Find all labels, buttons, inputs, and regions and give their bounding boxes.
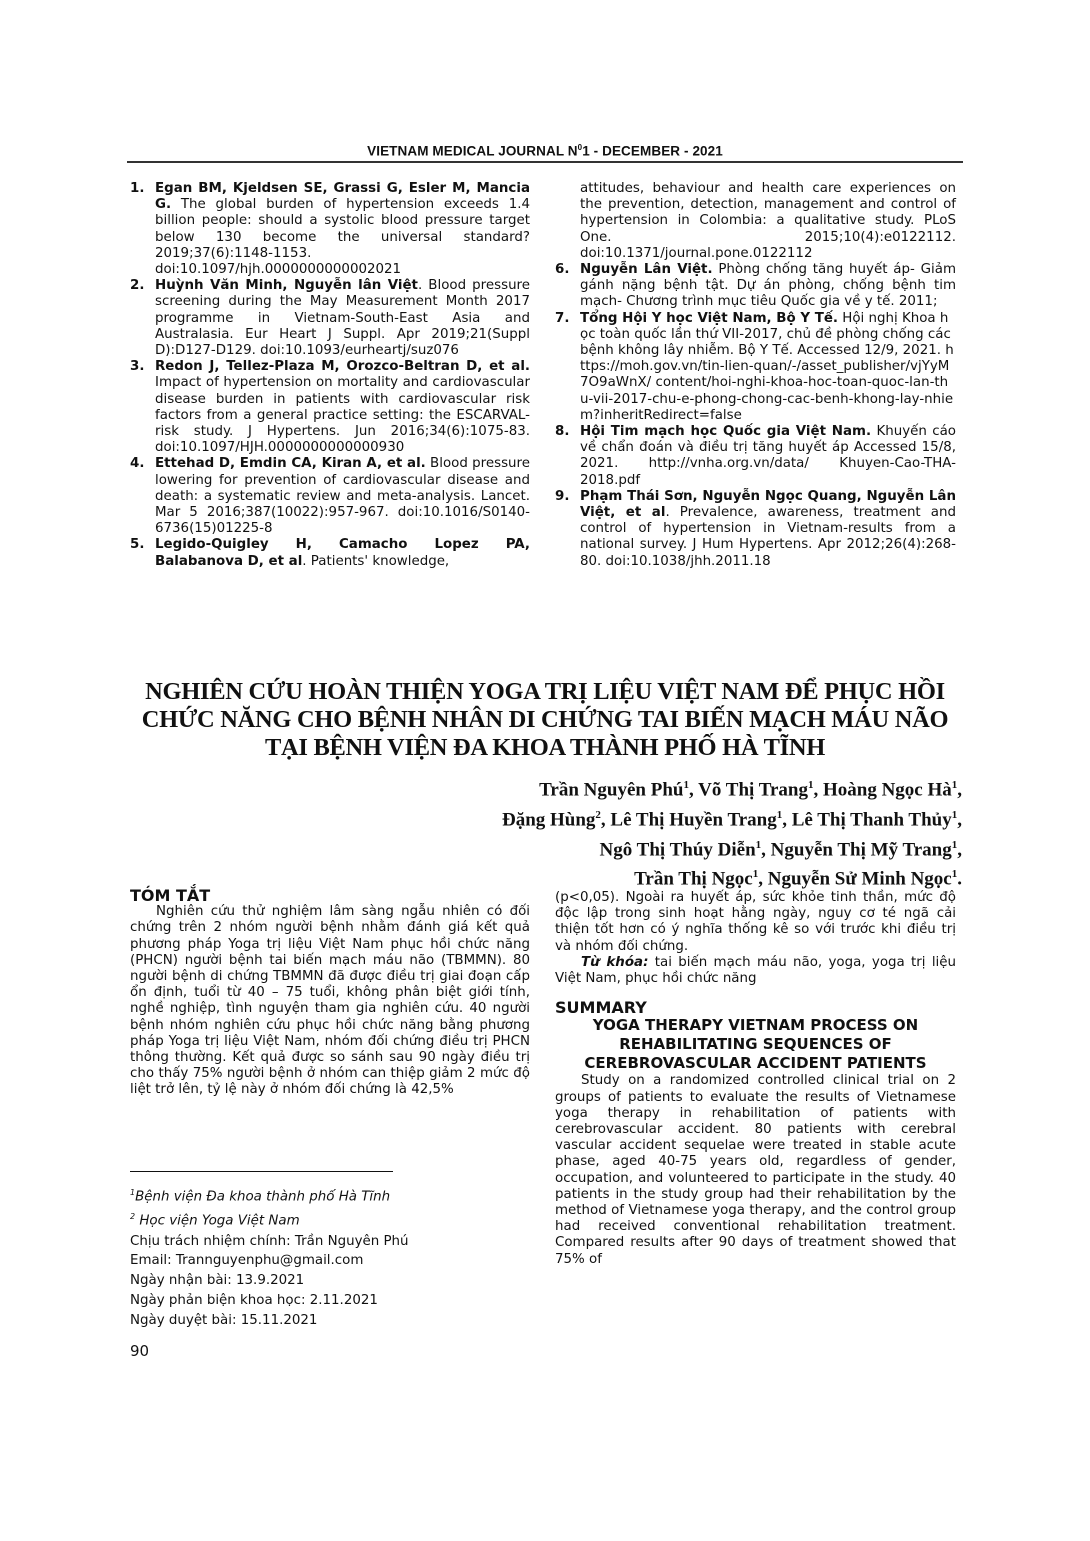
author-name: Lê Thị Thanh Thủy bbox=[792, 809, 952, 830]
reference-item: 6.Nguyễn Lân Việt. Phòng chống tăng huyế… bbox=[555, 262, 956, 311]
reference-text: The global burden of hypertension exceed… bbox=[155, 197, 530, 277]
affiliation-1: 1Bệnh viện Đa khoa thành phố Hà Tĩnh bbox=[130, 1183, 530, 1207]
abstract-body: Nghiên cứu thử nghiệm lâm sàng ngẫu nhiê… bbox=[130, 904, 530, 1098]
references-right-column: attitudes, behaviour and health care exp… bbox=[555, 181, 956, 570]
reference-item: 8.Hội Tim mạch học Quốc gia Việt Nam. Kh… bbox=[555, 424, 956, 489]
summary-body: Study on a randomized controlled clinica… bbox=[555, 1073, 956, 1267]
keywords-label: Từ khóa: bbox=[581, 955, 648, 970]
reference-authors: Nguyễn Lân Việt. bbox=[580, 262, 713, 277]
author-name: Hoàng Ngọc Hà bbox=[823, 779, 952, 800]
reference-item: 9.Phạm Thái Sơn, Nguyễn Ngọc Quang, Nguy… bbox=[555, 489, 956, 570]
title-line: CHỨC NĂNG CHO BỆNH NHÂN DI CHỨNG TAI BIẾ… bbox=[127, 706, 963, 734]
reference-text: Hội nghị Khoa học toàn quốc lần thứ VII-… bbox=[580, 311, 954, 423]
running-header: VIETNAM MEDICAL JOURNAL N01 - DECEMBER -… bbox=[127, 143, 963, 159]
reference-item: 1.Egan BM, Kjeldsen SE, Grassi G, Esler … bbox=[130, 181, 530, 278]
abstract-heading: TÓM TẮT bbox=[130, 888, 530, 904]
reference-authors: Hội Tim mạch học Quốc gia Việt Nam. bbox=[580, 424, 871, 439]
reference-item: 5.Legido-Quigley H, Camacho Lopez PA, Ba… bbox=[130, 537, 530, 569]
date-reviewed: Ngày phản biện khoa học: 2.11.2021 bbox=[130, 1291, 530, 1311]
reference-authors: Redon J, Tellez-Plaza M, Orozco-Beltran … bbox=[155, 359, 530, 374]
reference-item: 3.Redon J, Tellez-Plaza M, Orozco-Beltra… bbox=[130, 359, 530, 456]
article-title: NGHIÊN CỨU HOÀN THIỆN YOGA TRỊ LIỆU VIỆT… bbox=[127, 678, 963, 762]
author-name: Ngô Thị Thúy Diễn bbox=[600, 839, 756, 860]
abstract-continuation: (p<0,05). Ngoài ra huyết áp, sức khỏe ti… bbox=[555, 890, 956, 955]
author-list: Trần Nguyên Phú1, Võ Thị Trang1, Hoàng N… bbox=[362, 773, 962, 892]
author-name: Nguyễn Sử Minh Ngọc bbox=[768, 869, 952, 890]
reference-authors: Tổng Hội Y học Việt Nam, Bộ Y Tế. bbox=[580, 311, 838, 326]
reference-text: . Patients' knowledge, bbox=[302, 554, 449, 569]
keywords: Từ khóa: tai biến mạch máu não, yoga, yo… bbox=[555, 955, 956, 987]
date-received: Ngày nhận bài: 13.9.2021 bbox=[130, 1271, 530, 1291]
affiliation-2: 2 Học viện Yoga Việt Nam bbox=[130, 1207, 530, 1231]
reference-authors: Huỳnh Văn Minh, Nguyễn lân Việt bbox=[155, 278, 418, 293]
author-name: Nguyễn Thị Mỹ Trang bbox=[771, 839, 952, 860]
reference-item: 7.Tổng Hội Y học Việt Nam, Bộ Y Tế. Hội … bbox=[555, 311, 956, 424]
reference-item: 2.Huỳnh Văn Minh, Nguyễn lân Việt. Blood… bbox=[130, 278, 530, 359]
author-name: Trần Thị Ngọc bbox=[634, 869, 753, 890]
reference-text: attitudes, behaviour and health care exp… bbox=[580, 181, 956, 261]
summary-title: YOGA THERAPY VIETNAM PROCESS ON REHABILI… bbox=[555, 1016, 956, 1073]
summary-heading: SUMMARY bbox=[555, 1000, 956, 1016]
header-rule bbox=[127, 161, 963, 163]
abstract-right-column: (p<0,05). Ngoài ra huyết áp, sức khỏe ti… bbox=[555, 890, 956, 1268]
reference-item: 4.Ettehad D, Emdin CA, Kiran A, et al. B… bbox=[130, 456, 530, 537]
page-number: 90 bbox=[130, 1342, 149, 1360]
corresponding-author: Chịu trách nhiệm chính: Trần Nguyên Phú bbox=[130, 1232, 530, 1252]
reference-text: Impact of hypertension on mortality and … bbox=[155, 375, 530, 455]
author-name: Đặng Hùng bbox=[502, 809, 595, 830]
email: Email: Trannguyenphu@gmail.com bbox=[130, 1251, 530, 1271]
references-left-column: 1.Egan BM, Kjeldsen SE, Grassi G, Esler … bbox=[130, 181, 530, 570]
issue-date: 1 - DECEMBER - 2021 bbox=[582, 144, 723, 159]
footnotes: 1Bệnh viện Đa khoa thành phố Hà Tĩnh 2 H… bbox=[130, 1183, 530, 1331]
title-line: NGHIÊN CỨU HOÀN THIỆN YOGA TRỊ LIỆU VIỆT… bbox=[127, 678, 963, 706]
title-line: TẠI BỆNH VIỆN ĐA KHOA THÀNH PHỐ HÀ TĨNH bbox=[127, 734, 963, 762]
author-name: Lê Thị Huyền Trang bbox=[610, 809, 776, 830]
abstract-vi-left: TÓM TẮT Nghiên cứu thử nghiệm lâm sàng n… bbox=[130, 888, 530, 1099]
footnote-rule bbox=[130, 1171, 393, 1172]
reference-continuation: attitudes, behaviour and health care exp… bbox=[555, 181, 956, 262]
reference-authors: Ettehad D, Emdin CA, Kiran A, et al. bbox=[155, 456, 426, 471]
author-name: Trần Nguyên Phú bbox=[539, 779, 683, 800]
author-name: Võ Thị Trang bbox=[698, 779, 808, 800]
date-accepted: Ngày duyệt bài: 15.11.2021 bbox=[130, 1311, 530, 1331]
journal-name: VIETNAM MEDICAL JOURNAL N bbox=[367, 144, 578, 159]
